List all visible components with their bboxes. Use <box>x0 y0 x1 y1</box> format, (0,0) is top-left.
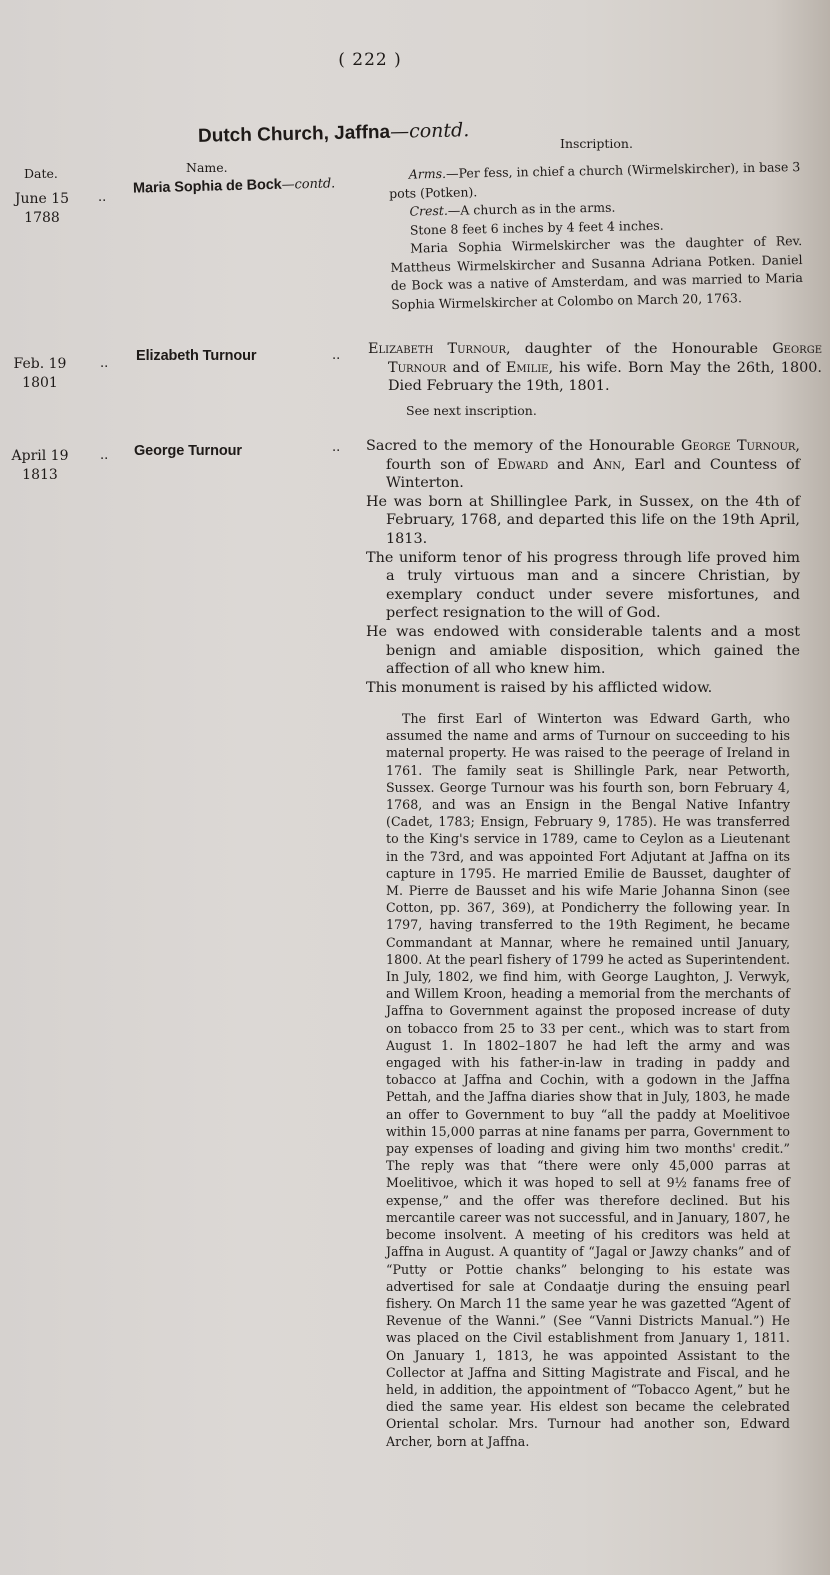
inscription-paragraph: He was born at Shillinglee Park, in Suss… <box>366 493 800 549</box>
section-title: Dutch Church, Jaffna—contd. <box>198 119 470 148</box>
inscription-text: and of <box>446 360 505 376</box>
entry-date: April 19 1813 <box>5 447 75 485</box>
inscription-name-smallcaps: Ann <box>593 457 621 473</box>
column-header-name: Name. <box>186 160 228 175</box>
entry-name-text: Maria Sophia de Bock <box>133 177 282 197</box>
entry-date-day: April 19 <box>5 447 75 466</box>
entry-note: Maria Sophia Wirmelskircher was the daug… <box>390 232 803 314</box>
entry-date: Feb. 19 1801 <box>5 355 75 393</box>
arms-label: Arms. <box>409 166 447 182</box>
entry-date-year: 1813 <box>5 466 75 485</box>
section-title-text: Dutch Church, Jaffna <box>198 122 391 147</box>
inscription-george-turnour: Sacred to the memory of the Honourable G… <box>366 437 800 697</box>
inscription-paragraph: This monument is raised by his afflicted… <box>366 679 800 698</box>
section-title-contd: —contd. <box>390 119 470 143</box>
entry-name: George Turnour <box>134 443 242 459</box>
see-next-note: See next inscription. <box>406 402 537 421</box>
entry-name-contd: —contd. <box>281 176 335 192</box>
separator-dots: .. <box>98 190 106 205</box>
inscription-paragraph: He was endowed with considerable talents… <box>366 623 800 679</box>
inscription-name-smallcaps: Emilie <box>506 360 549 376</box>
page-number: ( 222 ) <box>0 50 740 70</box>
separator-dots: .. <box>100 448 108 463</box>
entry-name: Elizabeth Turnour <box>136 348 256 364</box>
separator-dots: .. <box>100 356 108 371</box>
entry-date-year: 1801 <box>5 374 75 393</box>
arms-text: —Per fess, in chief a church (Wirmelskir… <box>389 159 800 200</box>
separator-dots: .. <box>332 440 340 455</box>
inscription-text: and <box>548 457 593 473</box>
inscription-name-smallcaps: Elizabeth Turnour <box>368 341 506 357</box>
entry-date-day: June 15 <box>7 190 77 209</box>
inscription-name-smallcaps: Edward <box>497 457 548 473</box>
inscription-maria-sophia-de-bock: Arms.—Per fess, in chief a church (Wirme… <box>389 158 804 314</box>
entry-date: June 15 1788 <box>7 190 77 228</box>
inscription-text: , daughter of the Honourable <box>506 341 772 357</box>
entry-date-year: 1788 <box>7 209 77 228</box>
inscription-text: Sacred to the memory of the Honourable <box>366 438 681 454</box>
inscription-elizabeth-turnour: Elizabeth Turnour, daughter of the Honou… <box>368 340 822 396</box>
entry-name: Maria Sophia de Bock—contd. <box>133 175 336 196</box>
separator-dots: .. <box>332 348 340 363</box>
column-header-date: Date. <box>24 166 58 181</box>
historical-note-george-turnour: The first Earl of Winterton was Edward G… <box>386 710 790 1450</box>
crest-text: —A church as in the arms. <box>448 200 616 218</box>
inscription-name-smallcaps: George Turnour <box>681 438 795 454</box>
entry-date-day: Feb. 19 <box>5 355 75 374</box>
column-header-inscription: Inscription. <box>560 136 633 151</box>
crest-label: Crest. <box>409 203 448 219</box>
inscription-paragraph: The uniform tenor of his progress throug… <box>366 549 800 623</box>
